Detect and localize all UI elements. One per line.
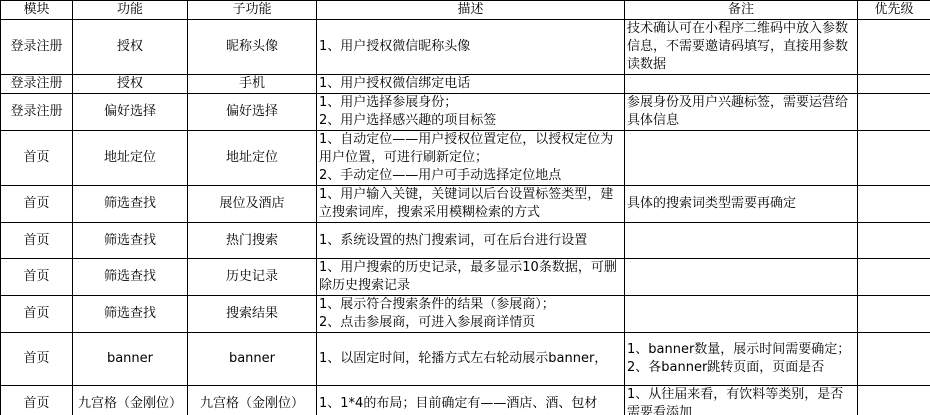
notes-cell[interactable] <box>625 259 858 296</box>
notes-cell[interactable] <box>625 131 858 186</box>
module-cell[interactable]: 首页 <box>1 223 73 259</box>
header-notes: 备注 <box>625 1 858 20</box>
module-cell[interactable]: 首页 <box>1 296 73 333</box>
module-cell[interactable]: 首页 <box>1 386 73 415</box>
description-cell[interactable]: 1、以固定时间，轮播方式左右轮动展示banner， <box>317 333 625 386</box>
feature-cell[interactable]: banner <box>73 333 188 386</box>
header-description: 描述 <box>317 1 625 20</box>
description-cell[interactable]: 1、用户授权微信昵称头像 <box>317 20 625 75</box>
priority-cell[interactable] <box>858 296 930 333</box>
module-cell[interactable]: 登录注册 <box>1 75 73 94</box>
notes-cell[interactable] <box>625 223 858 259</box>
priority-cell[interactable] <box>858 333 930 386</box>
header-subfeature: 子功能 <box>188 1 317 20</box>
table-row: 首页筛选查找历史记录1、用户搜索的历史记录，最多显示10条数据，可删除历史搜索记… <box>1 259 930 296</box>
description-cell[interactable]: 1、1*4的布局；目前确定有——酒店、酒、包材 <box>317 386 625 415</box>
table-row: 首页bannerbanner1、以固定时间，轮播方式左右轮动展示banner，1… <box>1 333 930 386</box>
feature-cell[interactable]: 地址定位 <box>73 131 188 186</box>
description-cell[interactable]: 1、系统设置的热门搜索词，可在后台进行设置 <box>317 223 625 259</box>
subfeature-cell[interactable]: 手机 <box>188 75 317 94</box>
notes-cell[interactable]: 技术确认可在小程序二维码中放入参数信息，不需要邀请码填写，直接用参数读数据 <box>625 20 858 75</box>
notes-cell[interactable] <box>625 75 858 94</box>
priority-cell[interactable] <box>858 186 930 223</box>
subfeature-cell[interactable]: 热门搜索 <box>188 223 317 259</box>
feature-cell[interactable]: 筛选查找 <box>73 223 188 259</box>
table-row: 登录注册授权手机1、用户授权微信绑定电话 <box>1 75 930 94</box>
header-feature: 功能 <box>73 1 188 20</box>
feature-cell[interactable]: 筛选查找 <box>73 296 188 333</box>
feature-cell[interactable]: 偏好选择 <box>73 94 188 131</box>
subfeature-cell[interactable]: 昵称头像 <box>188 20 317 75</box>
subfeature-cell[interactable]: banner <box>188 333 317 386</box>
description-cell[interactable]: 1、用户选择参展身份； 2、用户选择感兴趣的项目标签 <box>317 94 625 131</box>
feature-cell[interactable]: 筛选查找 <box>73 259 188 296</box>
table-row: 首页九宫格（金刚位）九宫格（金刚位）1、1*4的布局；目前确定有——酒店、酒、包… <box>1 386 930 415</box>
description-cell[interactable]: 1、自动定位——用户授权位置定位，以授权定位为用户位置，可进行刷新定位； 2、手… <box>317 131 625 186</box>
description-cell[interactable]: 1、用户授权微信绑定电话 <box>317 75 625 94</box>
description-cell[interactable]: 1、用户搜索的历史记录，最多显示10条数据，可删除历史搜索记录 <box>317 259 625 296</box>
table-row: 登录注册偏好选择偏好选择1、用户选择参展身份； 2、用户选择感兴趣的项目标签参展… <box>1 94 930 131</box>
feature-cell[interactable]: 九宫格（金刚位） <box>73 386 188 415</box>
feature-cell[interactable]: 授权 <box>73 20 188 75</box>
table-row: 首页筛选查找搜索结果1、展示符合搜索条件的结果（参展商）； 2、点击参展商，可进… <box>1 296 930 333</box>
module-cell[interactable]: 首页 <box>1 333 73 386</box>
table-row: 登录注册授权昵称头像1、用户授权微信昵称头像技术确认可在小程序二维码中放入参数信… <box>1 20 930 75</box>
header-module: 模块 <box>1 1 73 20</box>
subfeature-cell[interactable]: 搜索结果 <box>188 296 317 333</box>
table-row: 首页筛选查找展位及酒店1、用户输入关键，关键词以后台设置标签类型，建立搜索词库，… <box>1 186 930 223</box>
notes-cell[interactable]: 1、从往届来看，有饮料等类别，是否需要看添加 <box>625 386 858 415</box>
priority-cell[interactable] <box>858 131 930 186</box>
priority-cell[interactable] <box>858 259 930 296</box>
priority-cell[interactable] <box>858 75 930 94</box>
header-priority: 优先级 <box>858 1 930 20</box>
subfeature-cell[interactable]: 历史记录 <box>188 259 317 296</box>
module-cell[interactable]: 首页 <box>1 131 73 186</box>
priority-cell[interactable] <box>858 223 930 259</box>
description-cell[interactable]: 1、用户输入关键，关键词以后台设置标签类型，建立搜索词库，搜索采用模糊检索的方式 <box>317 186 625 223</box>
feature-cell[interactable]: 筛选查找 <box>73 186 188 223</box>
description-cell[interactable]: 1、展示符合搜索条件的结果（参展商）； 2、点击参展商，可进入参展商详情页 <box>317 296 625 333</box>
module-cell[interactable]: 登录注册 <box>1 20 73 75</box>
table-row: 首页地址定位地址定位1、自动定位——用户授权位置定位，以授权定位为用户位置，可进… <box>1 131 930 186</box>
subfeature-cell[interactable]: 九宫格（金刚位） <box>188 386 317 415</box>
module-cell[interactable]: 首页 <box>1 259 73 296</box>
notes-cell[interactable] <box>625 296 858 333</box>
priority-cell[interactable] <box>858 94 930 131</box>
module-cell[interactable]: 登录注册 <box>1 94 73 131</box>
notes-cell[interactable]: 参展身份及用户兴趣标签，需要运营给具体信息 <box>625 94 858 131</box>
requirements-table: 模块 功能 子功能 描述 备注 优先级 登录注册授权昵称头像1、用户授权微信昵称… <box>0 0 930 415</box>
feature-cell[interactable]: 授权 <box>73 75 188 94</box>
priority-cell[interactable] <box>858 386 930 415</box>
subfeature-cell[interactable]: 地址定位 <box>188 131 317 186</box>
module-cell[interactable]: 首页 <box>1 186 73 223</box>
notes-cell[interactable]: 具体的搜索词类型需要再确定 <box>625 186 858 223</box>
notes-cell[interactable]: 1、banner数量，展示时间需要确定； 2、各banner跳转页面，页面是否 <box>625 333 858 386</box>
priority-cell[interactable] <box>858 20 930 75</box>
subfeature-cell[interactable]: 偏好选择 <box>188 94 317 131</box>
subfeature-cell[interactable]: 展位及酒店 <box>188 186 317 223</box>
header-row: 模块 功能 子功能 描述 备注 优先级 <box>1 1 930 20</box>
table-row: 首页筛选查找热门搜索1、系统设置的热门搜索词，可在后台进行设置 <box>1 223 930 259</box>
